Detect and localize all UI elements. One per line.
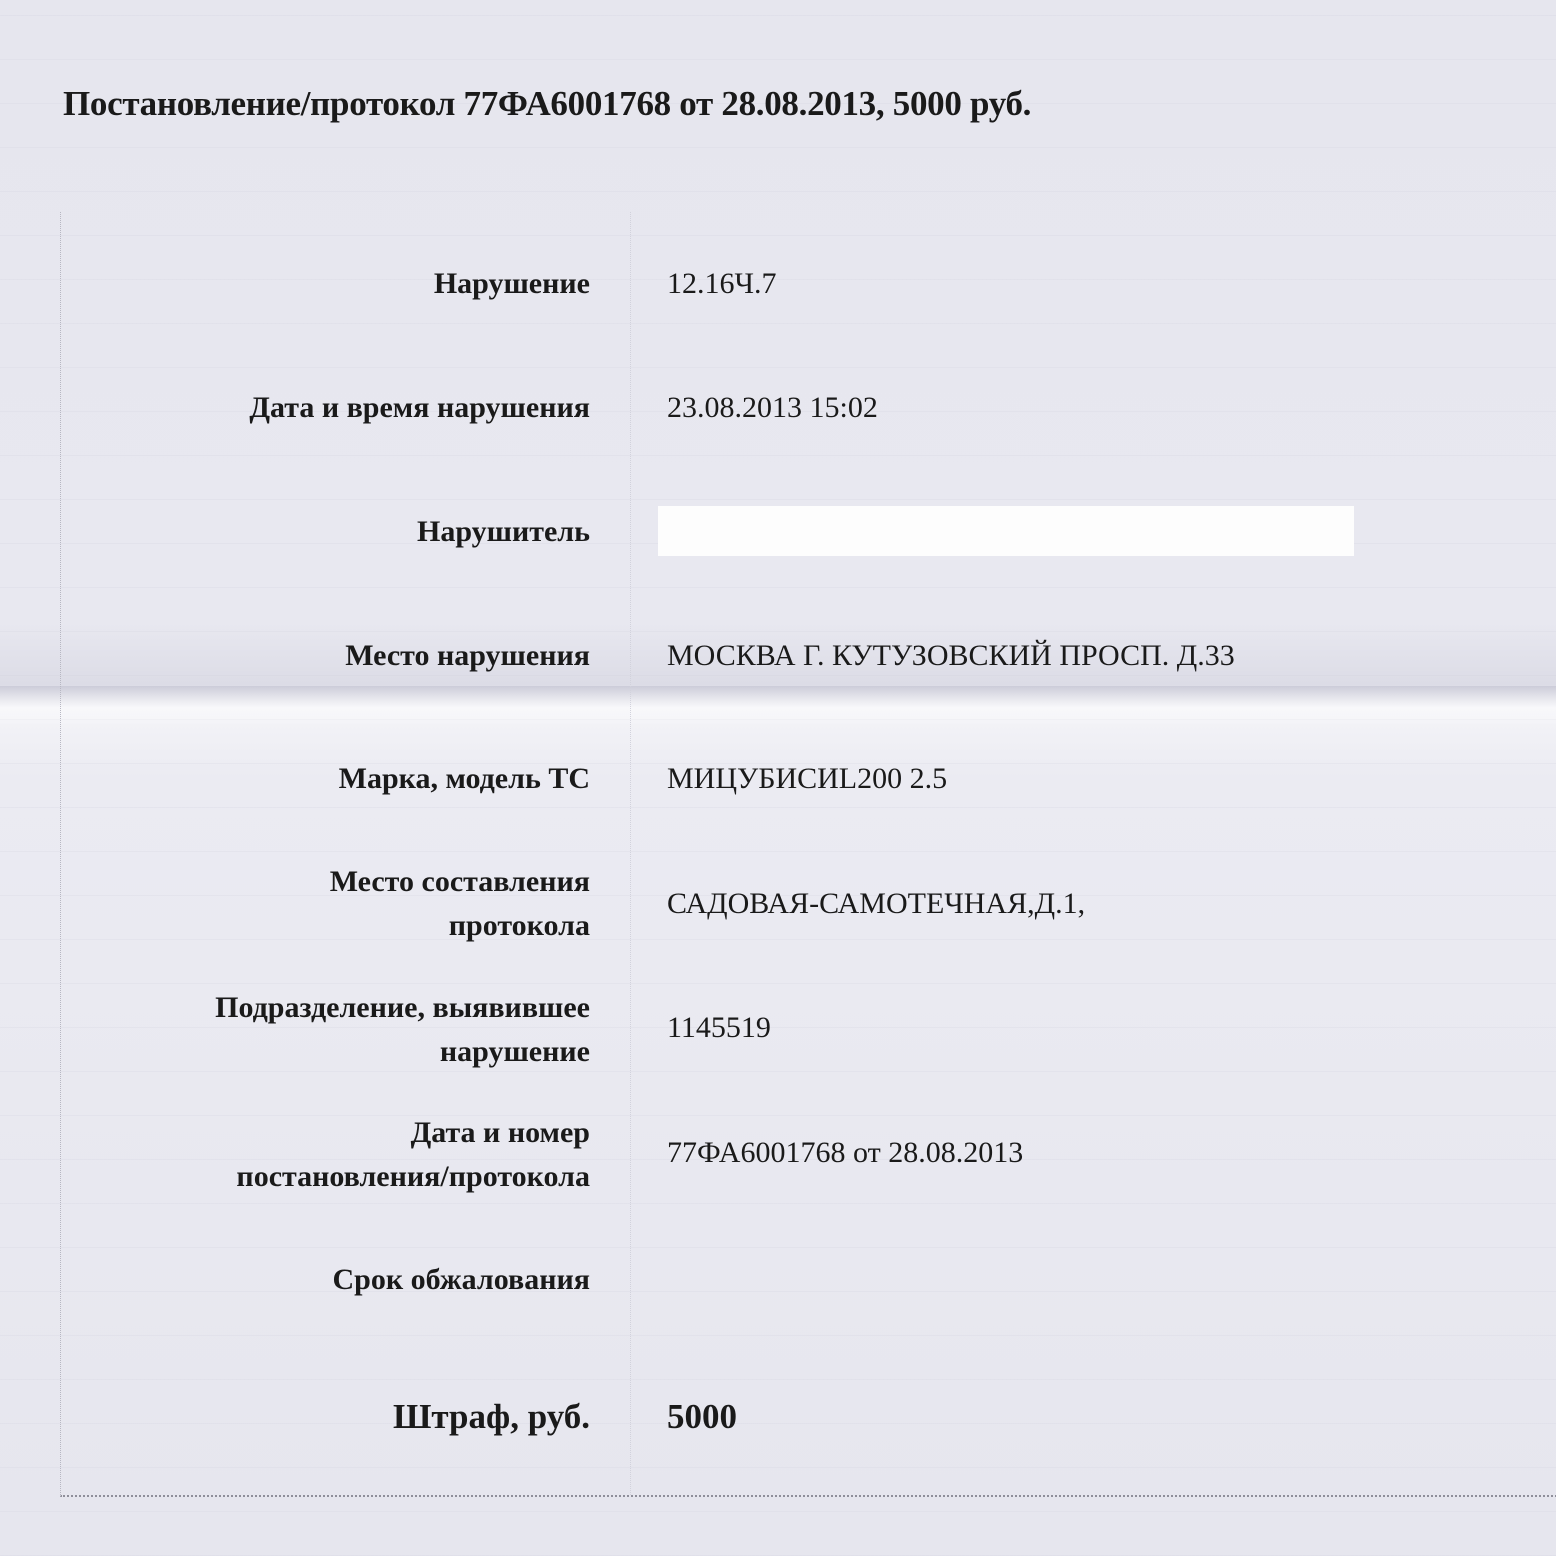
field-label-fine: Штраф, руб. <box>393 1395 590 1439</box>
field-value-protocol-place: САДОВАЯ-САМОТЕЧНАЯ,Д.1, <box>667 882 1085 926</box>
field-value-resolution-date-number: 77ФА6001768 от 28.08.2013 <box>667 1131 1023 1175</box>
field-label-violation: Нарушение <box>434 262 590 306</box>
field-label-violation-datetime: Дата и время нарушения <box>249 386 590 430</box>
field-value-fine: 5000 <box>667 1395 737 1439</box>
field-label-offender: Нарушитель <box>417 510 590 554</box>
field-label-appeal-deadline: Срок обжалования <box>333 1258 591 1302</box>
field-label-vehicle-model: Марка, модель ТС <box>339 757 590 801</box>
field-label-resolution-date-number: Дата и номер постановления/протокола <box>236 1111 590 1199</box>
field-value-violation-datetime: 23.08.2013 15:02 <box>667 386 878 430</box>
field-label-violation-place: Место нарушения <box>345 634 590 678</box>
field-value-offender-redacted <box>658 506 1354 556</box>
column-divider <box>630 212 631 1495</box>
field-label-detecting-unit: Подразделение, выявившее нарушение <box>215 986 590 1074</box>
field-label-protocol-place: Место составления протокола <box>330 860 590 948</box>
field-value-detecting-unit: 1145519 <box>667 1006 771 1050</box>
field-value-violation-place: МОСКВА Г. КУТУЗОВСКИЙ ПРОСП. Д.33 <box>667 634 1235 678</box>
field-value-violation: 12.16Ч.7 <box>667 262 777 306</box>
field-value-vehicle-model: МИЦУБИСИL200 2.5 <box>667 757 947 801</box>
document-title: Постановление/протокол 77ФА6001768 от 28… <box>63 84 1031 124</box>
